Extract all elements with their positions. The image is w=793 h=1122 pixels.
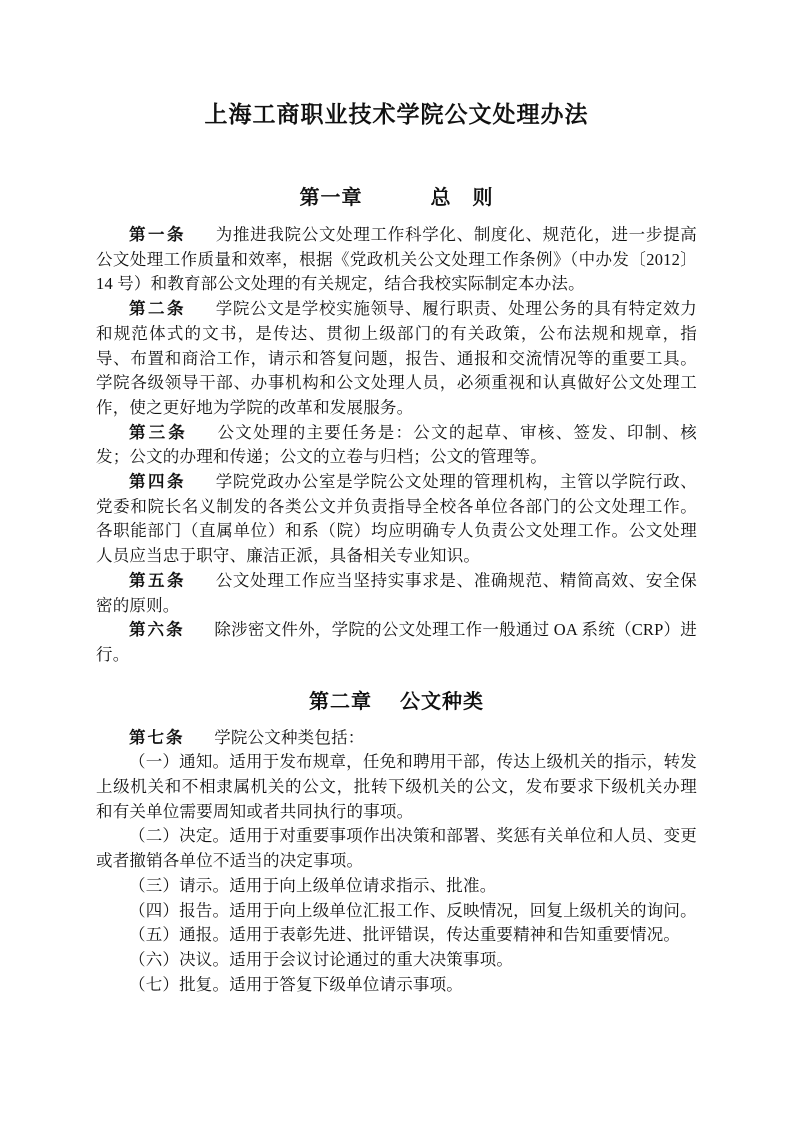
document-title: 上海工商职业技术学院公文处理办法 <box>96 0 697 128</box>
paragraph-text: （五）通报。适用于表彰先进、批评错误，传达重要精神和告知重要情况。 <box>129 925 680 944</box>
paragraph: 第三条公文处理的主要任务是：公文的起草、审核、签发、印制、核发；公文的办理和传递… <box>96 421 697 470</box>
chapter-title: 总 则 <box>431 187 494 209</box>
paragraph: 第七条学院公文种类包括： <box>96 726 697 751</box>
article-label: 第一条 <box>129 226 186 244</box>
chapter-section: 第一章总 则 第一条为推进我院公文处理工作科学化、制度化、规范化，进一步提高公文… <box>96 187 697 668</box>
paragraph-text: （二）决定。适用于对重要事项作出决策和部署、奖惩有关单位和人员、变更或者撤销各单… <box>96 826 697 870</box>
chapter-heading: 第一章总 则 <box>96 187 697 210</box>
paragraph-text: （七）批复。适用于答复下级单位请示事项。 <box>129 975 463 994</box>
paragraph-text: （四）报告。适用于向上级单位汇报工作、反映情况，回复上级机关的询问。 <box>129 901 697 920</box>
paragraph: （一）通知。适用于发布规章，任免和聘用干部，传达上级机关的指示，转发上级机关和不… <box>96 750 697 824</box>
chapter-title: 公文种类 <box>400 691 484 713</box>
paragraph-text: 除涉密文件外，学院的公文处理工作一般通过 OA 系统（CRP）进行。 <box>96 620 697 664</box>
chapter-number: 第一章 <box>300 187 363 209</box>
paragraph-text: 公文处理工作应当坚持实事求是、准确规范、精简高效、安全保密的原则。 <box>96 571 697 615</box>
chapter-heading: 第二章公文种类 <box>96 691 697 714</box>
paragraph: 第四条学院党政办公室是学院公文处理的管理机构，主管以学院行政、党委和院长名义制发… <box>96 470 697 569</box>
paragraph-text: 学院党政办公室是学院公文处理的管理机构，主管以学院行政、党委和院长名义制发的各类… <box>96 472 697 565</box>
paragraph-text: （一）通知。适用于发布规章，任免和聘用干部，传达上级机关的指示，转发上级机关和不… <box>96 752 697 820</box>
paragraph: （四）报告。适用于向上级单位汇报工作、反映情况，回复上级机关的询问。 <box>96 899 697 924</box>
paragraph: （二）决定。适用于对重要事项作出决策和部署、奖惩有关单位和人员、变更或者撤销各单… <box>96 824 697 873</box>
chapter-paragraphs: 第七条学院公文种类包括： （一）通知。适用于发布规章，任免和聘用干部，传达上级机… <box>96 726 697 998</box>
paragraph-text: （六）决议。适用于会议讨论通过的重大决策事项。 <box>129 950 513 969</box>
paragraph-text: 为推进我院公文处理工作科学化、制度化、规范化，进一步提高公文处理工作质量和效率，… <box>96 225 697 293</box>
chapters-container: 第一章总 则 第一条为推进我院公文处理工作科学化、制度化、规范化，进一步提高公文… <box>96 187 697 997</box>
document-content: 上海工商职业技术学院公文处理办法 第一章总 则 第一条为推进我院公文处理工作科学… <box>0 0 793 997</box>
document-page: 上海工商职业技术学院公文处理办法 第一章总 则 第一条为推进我院公文处理工作科学… <box>0 0 793 1122</box>
paragraph: （七）批复。适用于答复下级单位请示事项。 <box>96 973 697 998</box>
article-label: 第六条 <box>129 621 185 639</box>
paragraph: 第五条公文处理工作应当坚持实事求是、准确规范、精简高效、安全保密的原则。 <box>96 569 697 618</box>
paragraph-text: 学院公文是学校实施领导、履行职责、处理公务的具有特定效力和规范体式的文书，是传达… <box>96 299 697 417</box>
paragraph: 第六条除涉密文件外，学院的公文处理工作一般通过 OA 系统（CRP）进行。 <box>96 618 697 667</box>
paragraph: （三）请示。适用于向上级单位请求指示、批准。 <box>96 874 697 899</box>
article-label: 第三条 <box>129 424 188 442</box>
paragraph-text: （三）请示。适用于向上级单位请求指示、批准。 <box>129 876 496 895</box>
paragraph: 第一条为推进我院公文处理工作科学化、制度化、规范化，进一步提高公文处理工作质量和… <box>96 223 697 297</box>
article-label: 第七条 <box>129 729 185 747</box>
paragraph-text: 学院公文种类包括： <box>214 728 364 747</box>
article-label: 第二条 <box>129 300 186 318</box>
article-label: 第四条 <box>129 473 186 491</box>
chapter-section: 第二章公文种类 第七条学院公文种类包括： （一）通知。适用于发布规章，任免和聘用… <box>96 691 697 998</box>
chapter-paragraphs: 第一条为推进我院公文处理工作科学化、制度化、规范化，进一步提高公文处理工作质量和… <box>96 223 697 668</box>
paragraph: （五）通报。适用于表彰先进、批评错误，传达重要精神和告知重要情况。 <box>96 923 697 948</box>
paragraph: （六）决议。适用于会议讨论通过的重大决策事项。 <box>96 948 697 973</box>
paragraph: 第二条学院公文是学校实施领导、履行职责、处理公务的具有特定效力和规范体式的文书，… <box>96 297 697 421</box>
article-label: 第五条 <box>129 572 186 590</box>
chapter-number: 第二章 <box>309 691 372 713</box>
